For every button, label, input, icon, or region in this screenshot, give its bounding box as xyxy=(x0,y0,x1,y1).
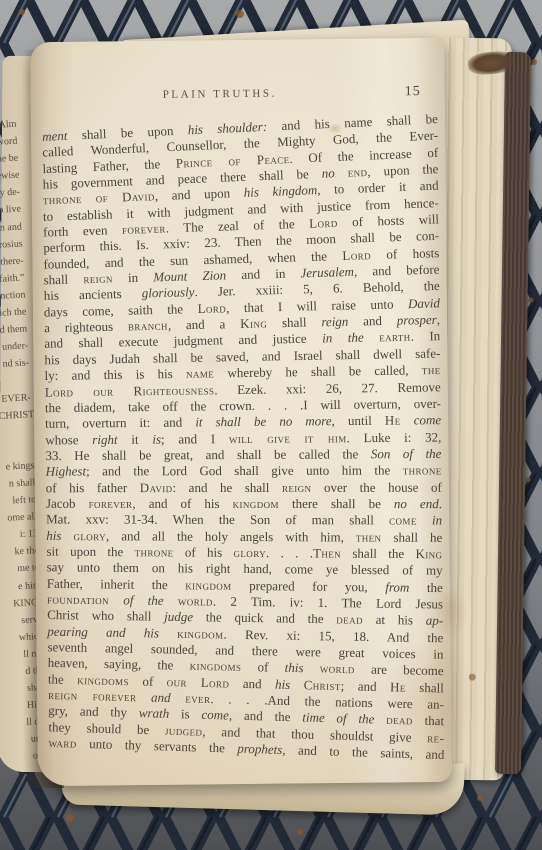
page-header-title: PLAIN TRUTHS. xyxy=(163,88,277,101)
text-line: of his father David: and he shall reign … xyxy=(46,479,442,496)
main-page: PLAIN TRUTHS. 15 ment shall be upon his … xyxy=(30,38,452,786)
page-text: ment shall be upon his shoulder: and his… xyxy=(42,118,445,760)
left-page-fragment: ady de- xyxy=(0,184,23,203)
photo-of-open-book: Alms wordbene belikewiseady de-to livein… xyxy=(0,0,542,850)
text-line: Highest; and the Lord God shall give unt… xyxy=(46,463,442,481)
text-line: Jacob forever, and of his kingdom there … xyxy=(46,496,442,513)
left-page-fragment: to live xyxy=(0,201,24,220)
text-line: Mat. xxv: 31-34. When the Son of man sha… xyxy=(46,512,442,529)
page-header: PLAIN TRUTHS. 15 xyxy=(45,84,433,104)
left-page-fragment: Alm xyxy=(0,116,20,135)
page-number: 15 xyxy=(405,84,421,100)
left-page-fragment: likewise xyxy=(0,167,23,186)
left-page-fragment: s word xyxy=(0,133,21,152)
left-page-fragment: bene be xyxy=(0,150,22,169)
text-line: 33. He shall be great, and shall be call… xyxy=(45,446,441,464)
